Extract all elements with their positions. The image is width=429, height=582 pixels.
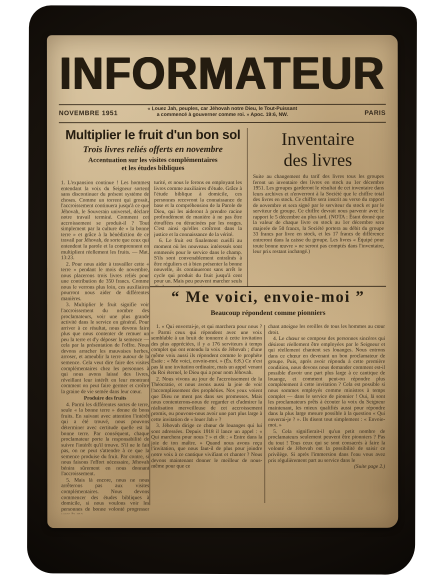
masthead-motto: « Louez Jah, peuples, car Jéhovah notre … [131,106,314,121]
paragraph: Suite au changement du tarif des livres … [253,174,384,255]
me-voici-rule [150,286,386,287]
issue-date: NOVEMBRE 1951 [59,110,131,117]
dateline: NOVEMBRE 1951 « Louez Jah, peuples, car … [59,106,386,121]
continuation-note: (Suite page 2.) [268,464,385,470]
lead-article-column-2: turité, et nous le ferons en employant l… [154,180,242,286]
kicker-line-2: et les études bibliques [59,164,247,172]
paragraph: chant atteigne les oreilles de tous les … [268,324,385,336]
paragraph: 2. Pour nous aider à travailler cette « … [61,261,149,301]
section-subhead: Produire des fruits [61,396,149,402]
paragraph: 5. Cela signifierait-il qu'un petit nomb… [268,429,385,464]
me-voici-subtitle: Beaucoup répondent comme pionniers [150,309,386,317]
masthead-title: INFORMATEUR [57,47,388,100]
paragraph: 2. Nous vivons au jour de l'accroissemen… [151,376,262,422]
lead-article-subhead: Trois livres reliés offerts en novembre [59,144,247,154]
lead-article-column-1: 1. L'expansion continue ! Les hommes ent… [61,180,149,514]
me-voici-column-1: 1. « Qui enverrai-je, et qui marchera po… [151,324,262,505]
me-voici-column-rule [264,325,265,503]
paragraph: 1. « Qui enverrai-je, et qui marchera po… [151,324,262,376]
lead-article-kicker: Accentuation sur les visites complémenta… [59,156,247,172]
paragraph: 3. Jéhovah dirige ce chœur de louanges q… [151,423,262,469]
kicker-line-1: Accentuation sur les visites complémenta… [59,156,247,164]
paragraph: 3. Multiplier le fruit signifie voir l'a… [61,302,149,394]
issue-city: PARIS [314,110,386,117]
me-voici-column-2: chant atteigne les oreilles de tous les … [268,324,385,505]
paragraph: turité, et nous le ferons en employant l… [154,180,242,238]
inventory-heading: Inventaire des livres [251,129,385,170]
lead-article-headline: Multiplier le fruit d'un bon sol [59,127,247,142]
inventory-heading-line-1: Inventaire [251,129,385,150]
me-voici-headline: “ Me voici, envoie-moi ” [150,289,386,307]
paragraph: 4. Le chœur se compose des personnes sin… [268,336,385,428]
main-column-rule [247,128,248,287]
newspaper-page: INFORMATEUR NOVEMBRE 1951 « Louez Jah, p… [47,35,398,528]
masthead-rule-bottom [59,122,386,123]
inner-column-rule [149,181,150,505]
motto-line-2: a commencé à gouverner comme roi. » Apoc… [131,112,314,118]
inventory-body: Suite au changement du tarif des livres … [253,174,384,290]
paragraph: 6. Le fruit est finalement cueilli au mo… [154,238,242,286]
paragraph: 1. L'expansion continue ! Les hommes ent… [61,180,149,261]
paragraph: 5. Mais là encore, nous ne nous arrêtero… [61,478,149,515]
inventory-heading-line-2: des livres [251,149,385,170]
paragraph: 4. Parmi les différentes sortes de terre… [61,402,149,477]
photo-backdrop: INFORMATEUR NOVEMBRE 1951 « Louez Jah, p… [27,5,417,574]
